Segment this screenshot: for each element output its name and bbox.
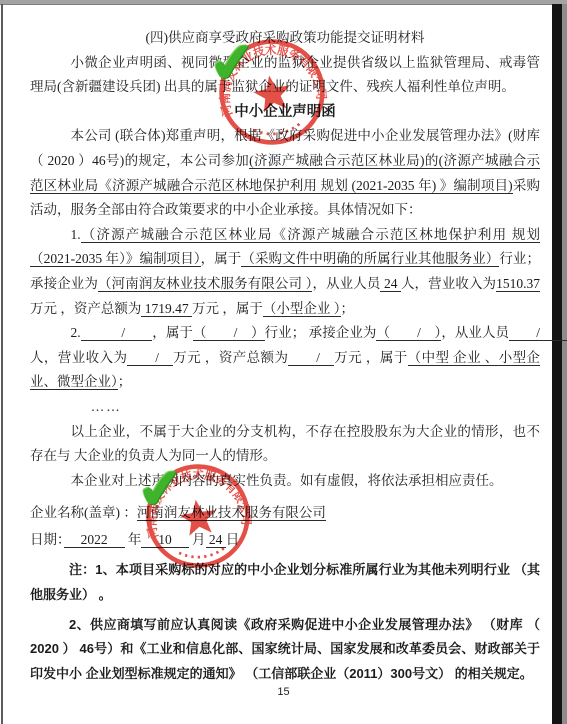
underlined-field-value: /: [509, 325, 567, 341]
text-segment: 万元 ，属于: [334, 350, 407, 365]
underlined-field-value: （ / ）: [376, 325, 441, 341]
text-segment: 2.: [71, 325, 81, 340]
text-segment: 日期：: [30, 532, 64, 547]
ellipsis-line: ……: [30, 395, 540, 420]
text-segment: 1.: [71, 227, 81, 242]
text-segment: 年: [125, 532, 142, 547]
scan-top-edge: [0, 0, 567, 5]
underlined-field-value: /: [288, 350, 334, 366]
branch-statement-paragraph: 以上企业，不属于大企业的分支机构，不存在控股股东为大企业的情形，也不存在与 大企…: [30, 420, 540, 469]
text-segment: 万元 ，属于: [192, 301, 263, 316]
note-1: 注：1、本项目采购标的对应的中小企业划分标准所属行业为其他未列明行业 （其他服务…: [30, 558, 540, 607]
text-segment: 人，营业收入为: [401, 276, 496, 291]
text-segment: 万元 ，资产总额为: [30, 301, 141, 316]
green-checkmark-icon: ✔: [134, 460, 187, 521]
page-number: 15: [0, 686, 567, 698]
text-segment: ，从业人员: [441, 325, 509, 340]
underlined-field-value: （小型企业 ）: [263, 301, 341, 317]
text-segment: 万元 ，资产总额为: [173, 350, 288, 365]
date-line: 日期： 2022 年 10 月 24 日: [30, 528, 540, 553]
underlined-field-value: /: [127, 350, 173, 366]
text-segment: ，从业人员: [312, 276, 380, 291]
text-segment: 行业； 承接企业为: [265, 325, 377, 340]
responsibility-paragraph: 本企业对上述声明内容的真实性负责。如有虚假，将依法承担相应责任。: [30, 469, 540, 494]
underlined-field-value: 24: [380, 276, 400, 292]
text-segment: ，属于: [152, 325, 193, 340]
underlined-field-value: （ / ）: [193, 325, 265, 341]
text-segment: 人，营业收入为: [30, 350, 127, 365]
scan-right-edge: [552, 4, 562, 724]
item-1-paragraph: 1.（济源产城融合示范区林业局《济源产城融合示范区林地保护利用 规划 （2021…: [30, 223, 540, 321]
text-segment: 企业名称(盖章) ：: [30, 505, 137, 520]
underlined-field-value: 2022: [64, 532, 125, 548]
text-segment: ，属于: [201, 251, 242, 266]
underlined-field-value: /: [81, 325, 153, 341]
scan-right-margin: [562, 4, 567, 724]
scan-left-edge: [1, 4, 3, 724]
company-name-line: 企业名称(盖章) ：河南润友林业技术服务有限公司: [30, 501, 540, 526]
item-2-paragraph: 2. / ，属于（ / ）行业； 承接企业为（ / ），从业人员 / 人，营业收…: [30, 321, 540, 395]
underlined-field-value: （河南润友林业技术服务有限公司 ）: [98, 276, 312, 292]
underlined-field-value: （采购文件中明确的所属行业其他服务业）: [241, 251, 499, 267]
green-checkmark-icon: ✔: [206, 34, 259, 95]
underlined-field-value: 1510.37: [496, 276, 540, 292]
text-segment: ；: [341, 301, 355, 316]
note-2: 2、供应商填写前应认真阅读《政府采购促进中小企业发展管理办法》 （财库 （ 20…: [30, 613, 540, 687]
underlined-field-value: 1719.47: [141, 301, 192, 317]
text-segment: ；: [118, 374, 132, 389]
